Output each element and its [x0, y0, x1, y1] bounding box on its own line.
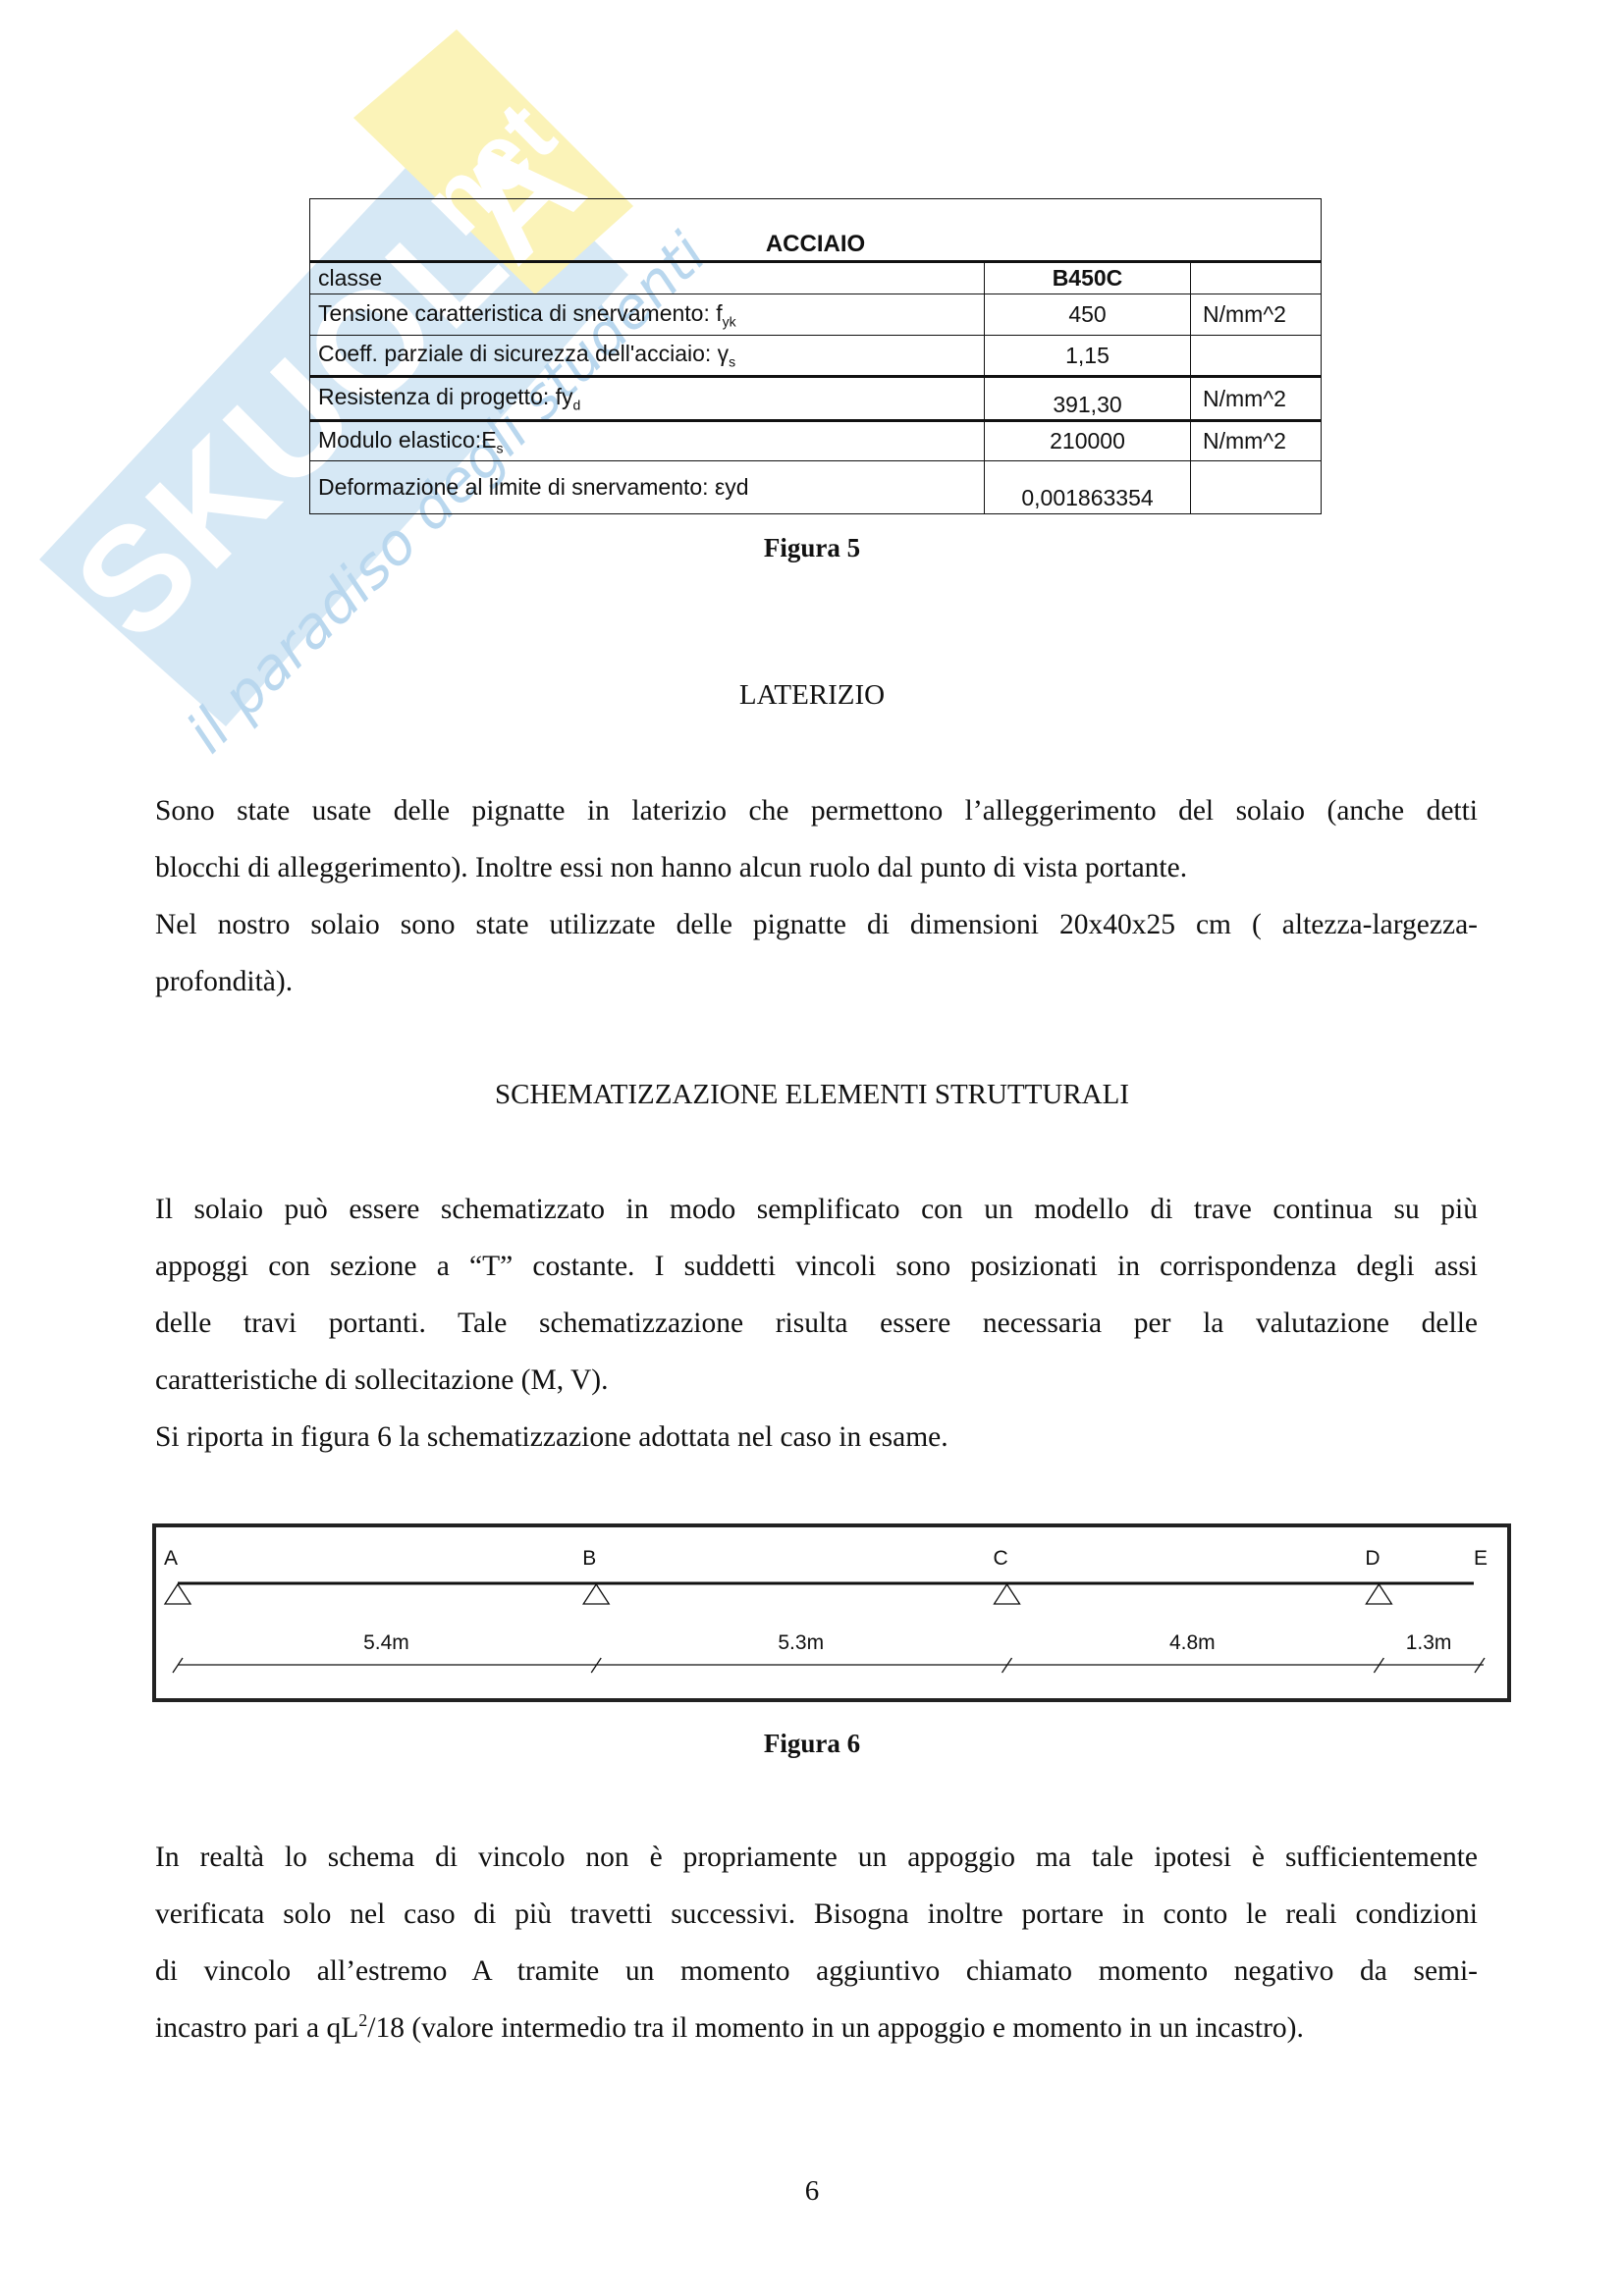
pin-support-icon: [1366, 1584, 1391, 1604]
property-unit: N/mm^2: [1191, 421, 1322, 461]
node-label-d: D: [1365, 1547, 1380, 1571]
node-label-a: A: [164, 1547, 178, 1571]
text-line: blocchi di alleggerimento). Inoltre essi…: [155, 839, 1478, 896]
property-label-text: Modulo elastico:E: [318, 427, 497, 453]
section-heading-laterizio: LATERIZIO: [0, 679, 1624, 712]
span-length-label: 4.8m: [1169, 1631, 1216, 1655]
property-label: Tensione caratteristica di snervamento: …: [310, 294, 985, 336]
steel-properties-table: ACCIAIO classeB450CTensione caratteristi…: [309, 198, 1322, 514]
paragraph-laterizio: Sono state usate delle pignatte in later…: [155, 782, 1478, 1010]
section-heading-schematizzazione: SCHEMATIZZAZIONE ELEMENTI STRUTTURALI: [0, 1079, 1624, 1111]
span-length-label: 1.3m: [1406, 1631, 1452, 1655]
table-row: classeB450C: [310, 262, 1322, 294]
span-length-label: 5.3m: [778, 1631, 824, 1655]
property-subscript: s: [729, 354, 735, 370]
text-fragment: /18 (valore intermedio tra il momento in…: [367, 2012, 1304, 2044]
property-label: Coeff. parziale di sicurezza dell'acciai…: [310, 336, 985, 377]
property-unit: [1191, 336, 1322, 377]
page-number: 6: [0, 2175, 1624, 2208]
property-value: 0,001863354: [985, 461, 1191, 514]
text-line: verificata solo nel caso di più travetti…: [155, 1886, 1478, 1943]
property-label: Deformazione al limite di snervamento: ε…: [310, 461, 985, 514]
text-line-formula: incastro pari a qL2/18 (valore intermedi…: [155, 2000, 1478, 2056]
figure-6-caption: Figura 6: [0, 1729, 1624, 1759]
node-label-e: E: [1474, 1547, 1488, 1571]
superscript: 2: [358, 2010, 367, 2030]
property-label-text: Resistenza di progetto: fy: [318, 384, 573, 409]
property-label: Resistenza di progetto: fyd: [310, 377, 985, 421]
text-line: In realtà lo schema di vincolo non è pro…: [155, 1829, 1478, 1886]
property-unit: N/mm^2: [1191, 294, 1322, 336]
property-subscript: s: [497, 440, 504, 455]
table-row: Deformazione al limite di snervamento: ε…: [310, 461, 1322, 514]
beam-diagram: ABCDE5.4m5.3m4.8m1.3m: [152, 1523, 1511, 1702]
property-unit: N/mm^2: [1191, 377, 1322, 421]
property-value: 391,30: [985, 377, 1191, 421]
text-line: profondità).: [155, 953, 1478, 1010]
paragraph-closing: In realtà lo schema di vincolo non è pro…: [155, 1829, 1478, 2056]
figure-5-caption: Figura 5: [0, 533, 1624, 563]
property-unit: [1191, 461, 1322, 514]
property-value: B450C: [985, 262, 1191, 294]
property-subscript: yk: [723, 313, 736, 329]
text-line: di vincolo all’estremo A tramite un mome…: [155, 1943, 1478, 2000]
property-value: 450: [985, 294, 1191, 336]
property-label-text: Tensione caratteristica di snervamento: …: [318, 300, 723, 326]
pin-support-icon: [583, 1584, 609, 1604]
span-length-label: 5.4m: [363, 1631, 409, 1655]
text-fragment: incastro pari a qL: [155, 2012, 358, 2044]
beam-diagram-drawing: [156, 1527, 1515, 1706]
document-page: ACCIAIO classeB450CTensione caratteristi…: [0, 0, 1624, 2296]
property-subscript: d: [573, 398, 581, 413]
node-label-b: B: [582, 1547, 596, 1571]
text-line: Sono state usate delle pignatte in later…: [155, 782, 1478, 839]
property-label-text: Deformazione al limite di snervamento: ε…: [318, 474, 749, 500]
pin-support-icon: [995, 1584, 1020, 1604]
text-line: Il solaio può essere schematizzato in mo…: [155, 1181, 1478, 1238]
table-row: Tensione caratteristica di snervamento: …: [310, 294, 1322, 336]
property-label-text: Coeff. parziale di sicurezza dell'acciai…: [318, 341, 729, 366]
node-label-c: C: [994, 1547, 1008, 1571]
pin-support-icon: [165, 1584, 190, 1604]
text-line: Si riporta in figura 6 la schematizzazio…: [155, 1409, 1478, 1466]
property-label-text: classe: [318, 265, 382, 291]
property-value: 210000: [985, 421, 1191, 461]
property-unit: [1191, 262, 1322, 294]
property-label: classe: [310, 262, 985, 294]
property-value: 1,15: [985, 336, 1191, 377]
property-label: Modulo elastico:Es: [310, 421, 985, 461]
text-line: appoggi con sezione a “T” costante. I su…: [155, 1238, 1478, 1295]
paragraph-schematizzazione: Il solaio può essere schematizzato in mo…: [155, 1181, 1478, 1466]
text-line: delle travi portanti. Tale schematizzazi…: [155, 1295, 1478, 1352]
text-line: Nel nostro solaio sono state utilizzate …: [155, 896, 1478, 953]
table-title: ACCIAIO: [310, 199, 1322, 262]
table-row: Modulo elastico:Es210000N/mm^2: [310, 421, 1322, 461]
text-line: caratteristiche di sollecitazione (M, V)…: [155, 1352, 1478, 1409]
table-row: Coeff. parziale di sicurezza dell'acciai…: [310, 336, 1322, 377]
table-row: Resistenza di progetto: fyd391,30N/mm^2: [310, 377, 1322, 421]
